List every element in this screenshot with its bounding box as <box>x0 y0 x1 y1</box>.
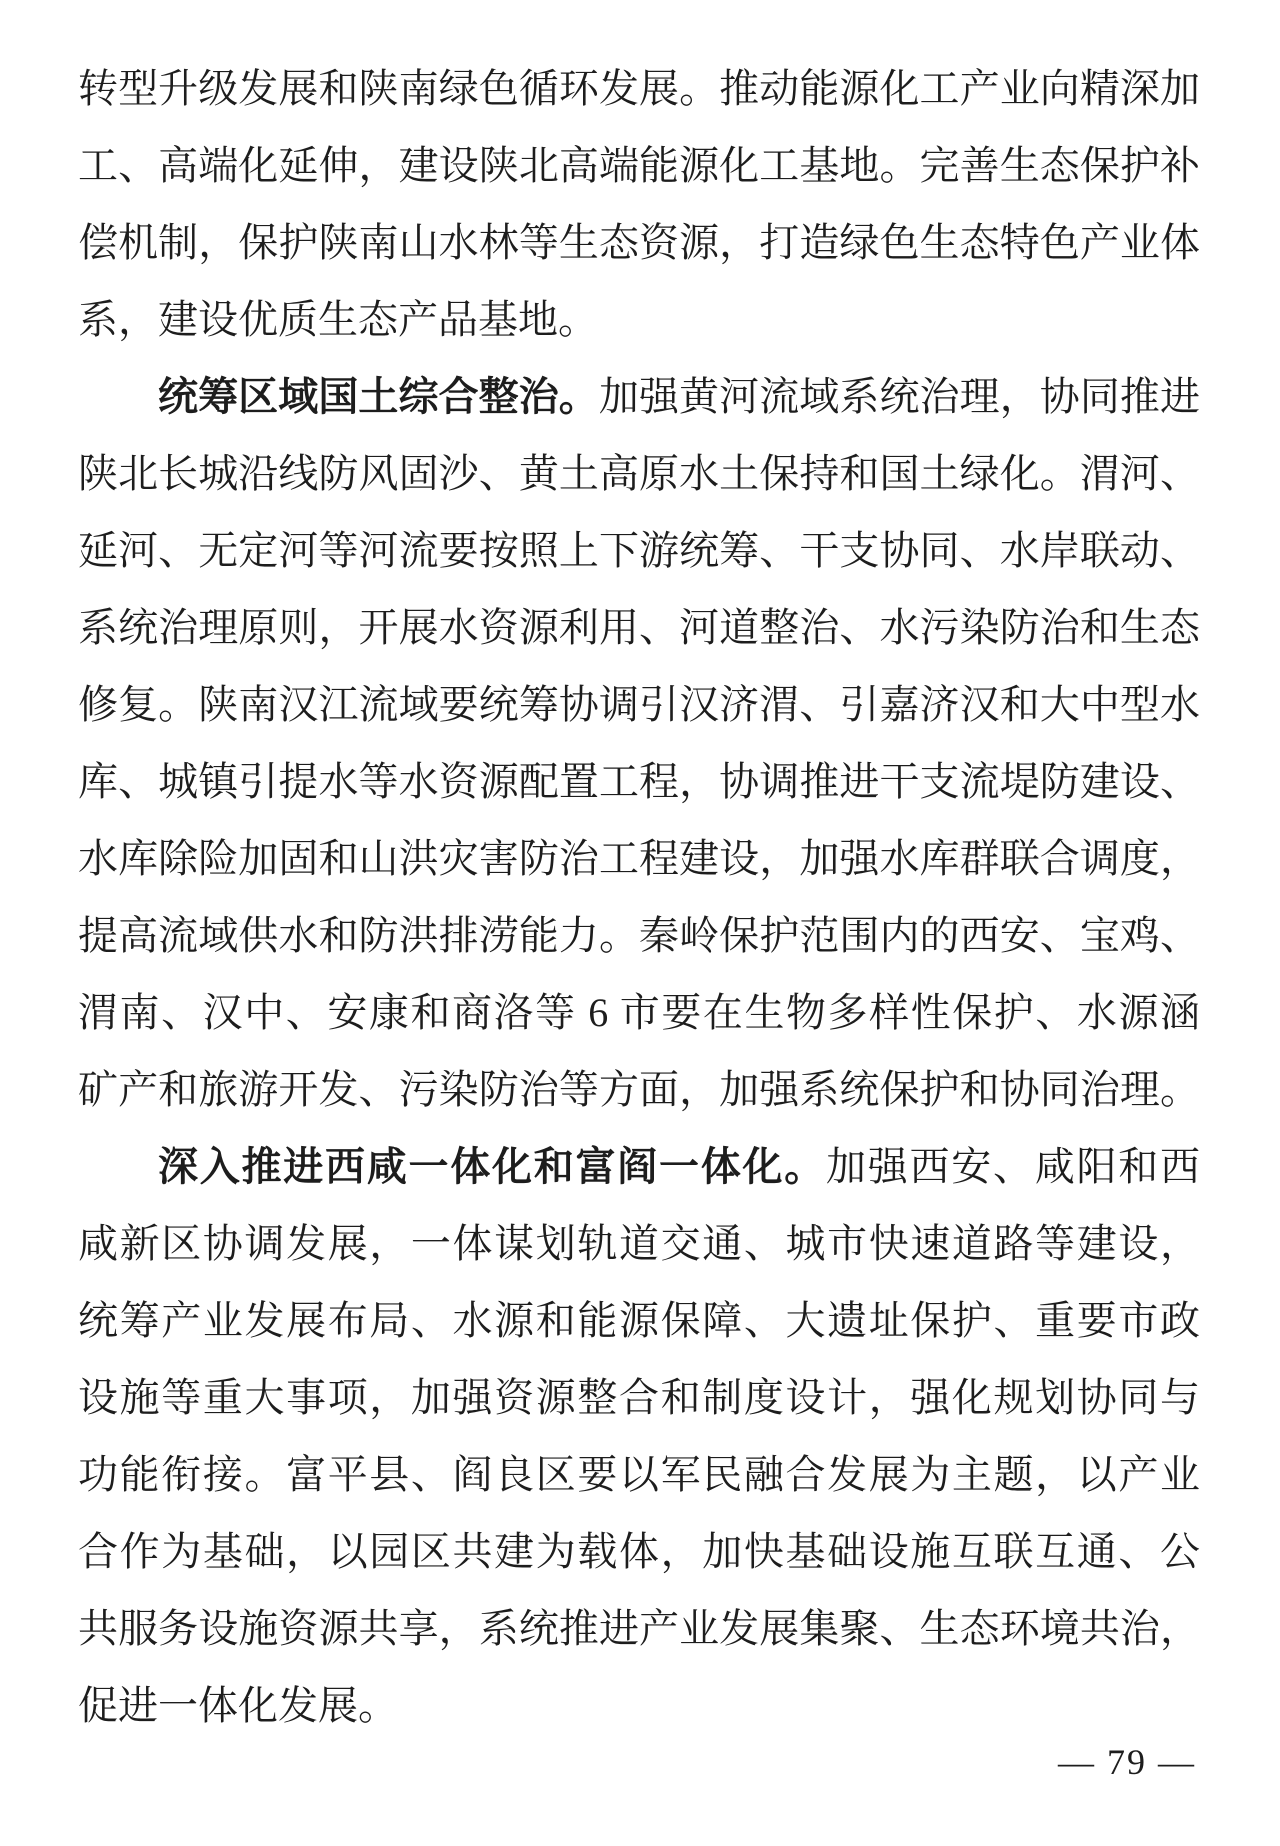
text-line: 修复。陕南汉江流域要统筹协调引汉济渭、引嘉济汉和大中型水 <box>78 666 1200 743</box>
text-run: 工、高端化延伸，建设陕北高端能源化工基地。完善生态保护补 <box>78 143 1200 188</box>
text-line: 库、城镇引提水等水资源配置工程，协调推进干支流堤防建设、 <box>78 743 1200 820</box>
text-line: 系统治理原则，开展水资源利用、河道整治、水污染防治和生态 <box>78 589 1200 666</box>
text-line: 统筹区域国土综合整治。加强黄河流域系统治理，协同推进 <box>78 358 1200 435</box>
text-line: 促进一体化发展。 <box>78 1667 1200 1744</box>
text-line: 统筹产业发展布局、水源和能源保障、大遗址保护、重要市政 <box>78 1282 1200 1359</box>
text-run: 库、城镇引提水等水资源配置工程，协调推进干支流堤防建设、 <box>78 759 1200 804</box>
text-run: 加强黄河流域系统治理，协同推进 <box>599 374 1200 419</box>
text-run: 偿机制，保护陕南山水林等生态资源，打造绿色生态特色产业体 <box>78 220 1200 265</box>
text-line: 工、高端化延伸，建设陕北高端能源化工基地。完善生态保护补 <box>78 127 1200 204</box>
text-line: 系，建设优质生态产品基地。 <box>78 281 1200 358</box>
document-page: 转型升级发展和陕南绿色循环发展。推动能源化工产业向精深加工、高端化延伸，建设陕北… <box>0 0 1280 1846</box>
text-run: 矿产和旅游开发、污染防治等方面，加强系统保护和协同治理。 <box>78 1067 1200 1112</box>
text-line: 咸新区协调发展，一体谋划轨道交通、城市快速道路等建设， <box>78 1205 1200 1282</box>
text-line: 功能衔接。富平县、阎良区要以军民融合发展为主题，以产业 <box>78 1436 1200 1513</box>
text-line: 水库除险加固和山洪灾害防治工程建设，加强水库群联合调度， <box>78 820 1200 897</box>
paragraph-lead-bold: 统筹区域国土综合整治。 <box>158 374 599 419</box>
text-line: 偿机制，保护陕南山水林等生态资源，打造绿色生态特色产业体 <box>78 204 1200 281</box>
text-run: 修复。陕南汉江流域要统筹协调引汉济渭、引嘉济汉和大中型水 <box>78 682 1200 727</box>
text-run: 促进一体化发展。 <box>78 1683 398 1728</box>
text-run: 陕北长城沿线防风固沙、黄土高原水土保持和国土绿化。渭河、 <box>78 451 1200 496</box>
text-run: 水库除险加固和山洪灾害防治工程建设，加强水库群联合调度， <box>78 836 1200 881</box>
text-run: 渭南、汉中、安康和商洛等 6 市要在生物多样性保护、水源涵养、 <box>78 990 1200 1051</box>
text-run: 系，建设优质生态产品基地。 <box>78 297 598 342</box>
text-line: 延河、无定河等河流要按照上下游统筹、干支协同、水岸联动、 <box>78 512 1200 589</box>
paragraph: 统筹区域国土综合整治。加强黄河流域系统治理，协同推进陕北长城沿线防风固沙、黄土高… <box>78 358 1200 1128</box>
text-run: 提高流域供水和防洪排涝能力。秦岭保护范围内的西安、宝鸡、 <box>78 913 1200 958</box>
text-line: 转型升级发展和陕南绿色循环发展。推动能源化工产业向精深加 <box>78 50 1200 127</box>
paragraph: 深入推进西咸一体化和富阎一体化。加强西安、咸阳和西咸新区协调发展，一体谋划轨道交… <box>78 1128 1200 1744</box>
text-block: 转型升级发展和陕南绿色循环发展。推动能源化工产业向精深加工、高端化延伸，建设陕北… <box>78 50 1200 1744</box>
text-run: 合作为基础，以园区共建为载体，加快基础设施互联互通、公 <box>78 1529 1200 1574</box>
text-line: 深入推进西咸一体化和富阎一体化。加强西安、咸阳和西 <box>78 1128 1200 1205</box>
paragraph: 转型升级发展和陕南绿色循环发展。推动能源化工产业向精深加工、高端化延伸，建设陕北… <box>78 50 1200 358</box>
text-run: 统筹产业发展布局、水源和能源保障、大遗址保护、重要市政 <box>78 1298 1200 1343</box>
text-line: 陕北长城沿线防风固沙、黄土高原水土保持和国土绿化。渭河、 <box>78 435 1200 512</box>
paragraph-lead-bold: 深入推进西咸一体化和富阎一体化。 <box>158 1144 826 1189</box>
text-line: 矿产和旅游开发、污染防治等方面，加强系统保护和协同治理。 <box>78 1051 1200 1128</box>
text-run: 系统治理原则，开展水资源利用、河道整治、水污染防治和生态 <box>78 605 1200 650</box>
text-line: 渭南、汉中、安康和商洛等 6 市要在生物多样性保护、水源涵养、 <box>78 974 1200 1051</box>
text-run: 共服务设施资源共享，系统推进产业发展集聚、生态环境共治， <box>78 1606 1200 1651</box>
text-line: 合作为基础，以园区共建为载体，加快基础设施互联互通、公 <box>78 1513 1200 1590</box>
text-run: 加强西安、咸阳和西 <box>826 1144 1200 1189</box>
page-number: — 79 — <box>1058 1738 1196 1786</box>
text-run: 延河、无定河等河流要按照上下游统筹、干支协同、水岸联动、 <box>78 528 1200 573</box>
text-line: 设施等重大事项，加强资源整合和制度设计，强化规划协同与 <box>78 1359 1200 1436</box>
text-line: 共服务设施资源共享，系统推进产业发展集聚、生态环境共治， <box>78 1590 1200 1667</box>
text-line: 提高流域供水和防洪排涝能力。秦岭保护范围内的西安、宝鸡、 <box>78 897 1200 974</box>
text-run: 咸新区协调发展，一体谋划轨道交通、城市快速道路等建设， <box>78 1221 1200 1266</box>
text-run: 转型升级发展和陕南绿色循环发展。推动能源化工产业向精深加 <box>78 66 1200 111</box>
text-run: 设施等重大事项，加强资源整合和制度设计，强化规划协同与 <box>78 1375 1200 1420</box>
text-run: 功能衔接。富平县、阎良区要以军民融合发展为主题，以产业 <box>78 1452 1200 1497</box>
